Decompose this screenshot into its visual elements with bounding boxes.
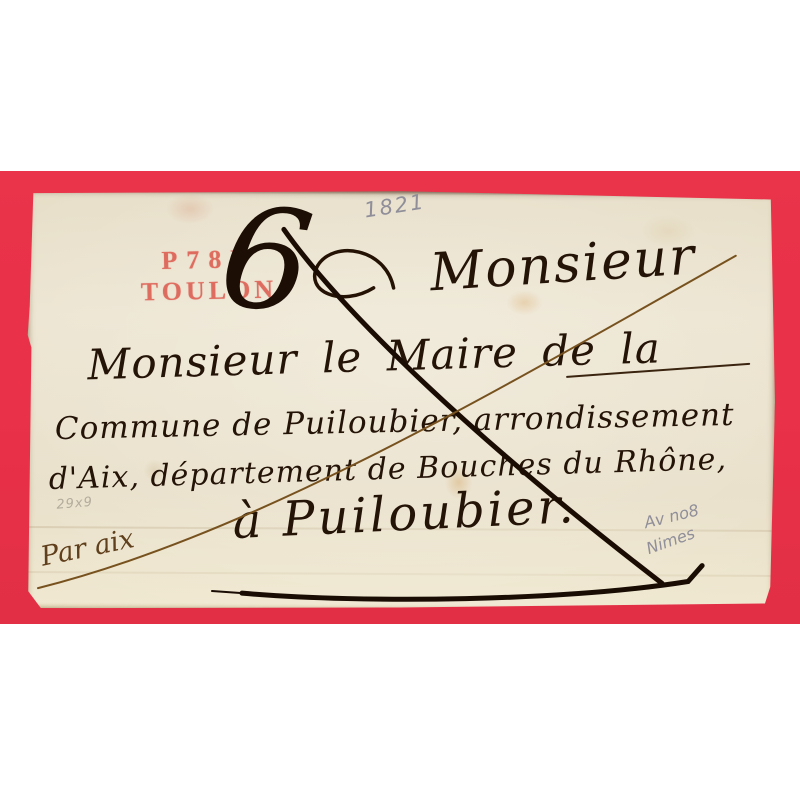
paper-crease-line: [26, 571, 774, 577]
address-salutation: Monsieur: [428, 226, 698, 303]
tax-mark: 6: [213, 186, 319, 336]
address-line-1: Monsieur le Maire de la: [87, 323, 662, 389]
letter-paper: 1821 P78P TOULON 6 Monsieur Monsieur le …: [26, 188, 776, 612]
page-background: 1821 P78P TOULON 6 Monsieur Monsieur le …: [0, 0, 800, 800]
photo-mat: 1821 P78P TOULON 6 Monsieur Monsieur le …: [0, 171, 800, 624]
signature-underline: [242, 563, 702, 601]
address-line-2: Commune de Puiloubier, arrondissement: [55, 397, 735, 447]
signature-underline-tail: [212, 591, 242, 593]
route-note-par-aix: Par aix: [38, 523, 137, 573]
paraph-flourish-icon: [315, 251, 394, 297]
pencil-dealer-annotation: Av no8 Nimes: [642, 501, 706, 553]
pencil-size-annotation: 29x9: [56, 495, 94, 513]
